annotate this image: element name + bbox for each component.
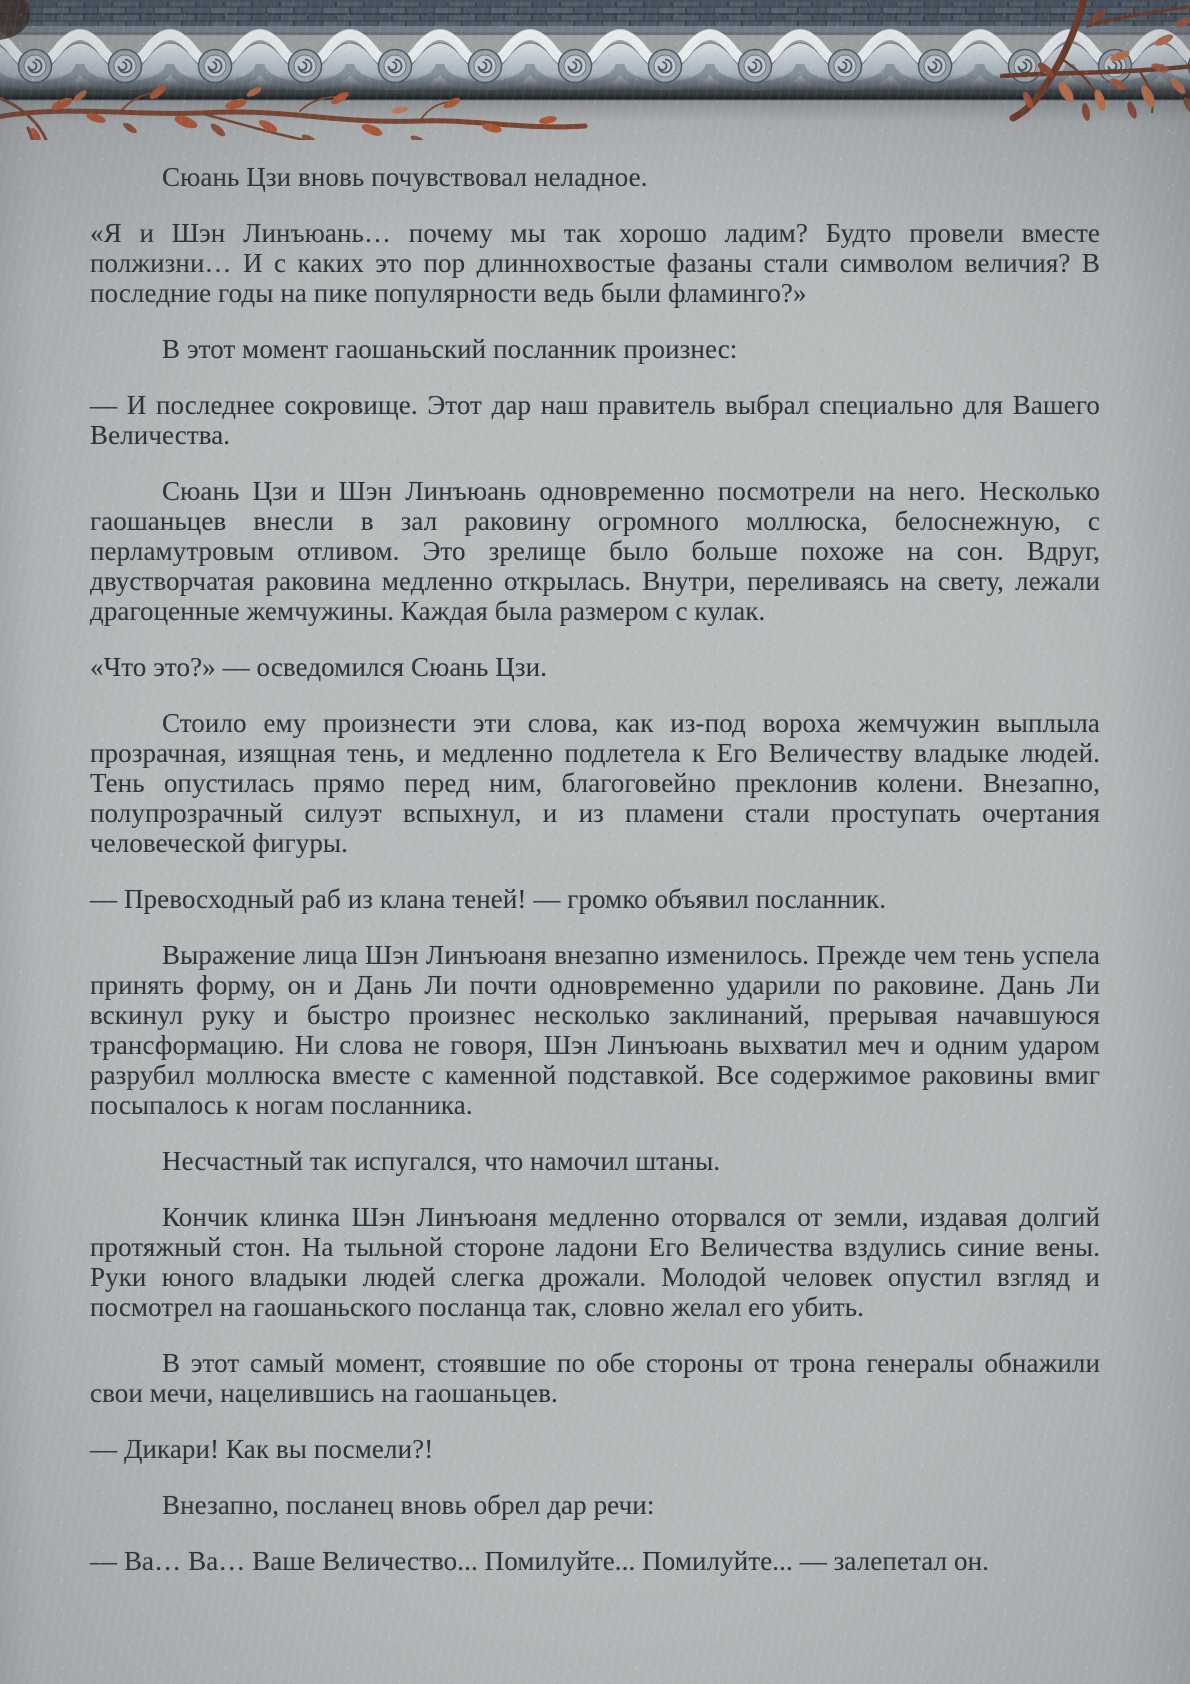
paragraph: В этот самый момент, стоявшие по обе сто…: [90, 1348, 1100, 1408]
novel-text: Сюань Цзи вновь почувствовал неладное.«Я…: [0, 140, 1190, 1576]
paragraph: — Дикари! Как вы посмели?!: [90, 1434, 1100, 1464]
paragraph: «Я и Шэн Линъюань… почему мы так хорошо …: [90, 218, 1100, 308]
paragraph: Сюань Цзи вновь почувствовал неладное.: [90, 162, 1100, 192]
paragraph: — Превосходный раб из клана теней! — гро…: [90, 884, 1100, 914]
paragraph: Несчастный так испугался, что намочил шт…: [90, 1146, 1100, 1176]
roof-tiles-decoration: [0, 0, 1190, 140]
paragraph: — Ва… Ва… Ваше Величество... Помилуйте..…: [90, 1546, 1100, 1576]
brick-fascia: [0, 0, 1190, 35]
paragraph: Выражение лица Шэн Линъюаня внезапно изм…: [90, 940, 1100, 1120]
paragraph: Внезапно, посланец вновь обрел дар речи:: [90, 1490, 1100, 1520]
paragraph: — И последнее сокровище. Этот дар наш пр…: [90, 390, 1100, 450]
paragraph: Сюань Цзи и Шэн Линъюань одновременно по…: [90, 476, 1100, 626]
novel-page: Сюань Цзи вновь почувствовал неладное.«Я…: [0, 0, 1190, 1684]
paragraph: Стоило ему произнести эти слова, как из-…: [90, 708, 1100, 858]
paragraph: В этот момент гаошаньский посланник прои…: [90, 334, 1100, 364]
paragraph: «Что это?» — осведомился Сюань Цзи.: [90, 652, 1100, 682]
paragraph: Кончик клинка Шэн Линъюаня медленно отор…: [90, 1202, 1100, 1322]
